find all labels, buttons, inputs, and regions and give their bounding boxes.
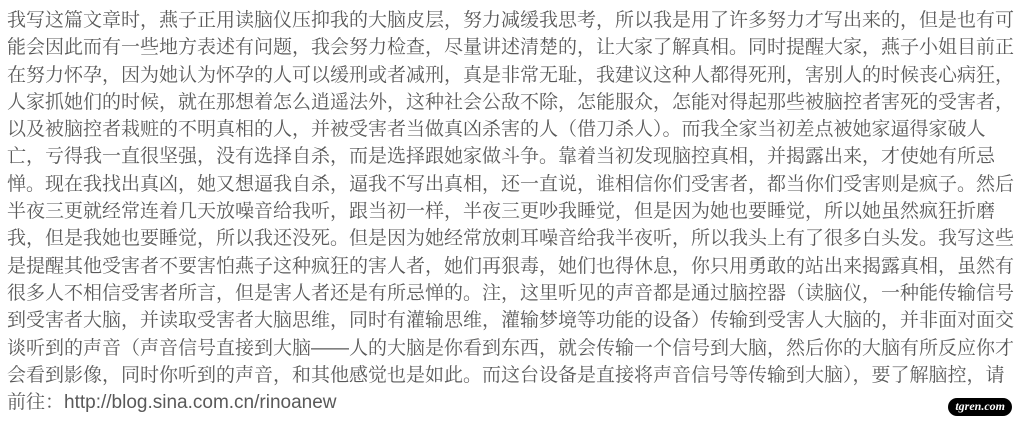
watermark-badge: tgren.com xyxy=(948,398,1012,416)
footer-link-prefix: 前往： xyxy=(7,392,64,413)
text-line: 能会因此而有一些地方表述有问题，我会努力检查，尽量讲述清楚的，让大家了解真相。同… xyxy=(7,34,1011,61)
footer-link-line: 前往：http://blog.sina.com.cn/rinoanew xyxy=(7,389,1011,416)
text-line: 我写这篇文章时，燕子正用读脑仪压抑我的大脑皮层，努力减缓我思考，所以我是用了许多… xyxy=(7,7,1011,34)
page-background: { "page": { "background": "#ffffff", "te… xyxy=(0,0,1015,425)
text-line: 会看到影像，同时你听到的声音，和其他感觉也是如此。而这台设备是直接将声音信号等传… xyxy=(7,362,1011,389)
text-line: 到受害者大脑，并读取受害者大脑思维，同时有灌输思维，灌输梦境等功能的设备）传输到… xyxy=(7,307,1011,334)
text-line: 惮。现在我找出真凶，她又想逼我自杀，逼我不写出真相，还一直说，谁相信你们受害者，… xyxy=(7,171,1011,198)
article-text: 我写这篇文章时，燕子正用读脑仪压抑我的大脑皮层，努力减缓我思考，所以我是用了许多… xyxy=(7,7,1011,416)
text-line: 谈听到的声音（声音信号直接到大脑——人的大脑是你看到东西，就会传输一个信号到大脑… xyxy=(7,335,1011,362)
blog-url[interactable]: http://blog.sina.com.cn/rinoanew xyxy=(64,392,337,413)
text-line: 亡，亏得我一直很坚强，没有选择自杀，而是选择跟她家做斗争。靠着当初发现脑控真相，… xyxy=(7,143,1011,170)
text-line: 我，但是我她也要睡觉，所以我还没死。但是因为她经常放刺耳噪音给我半夜听，所以我头… xyxy=(7,225,1011,252)
text-line: 很多人不相信受害者所言，但是害人者还是有所忌惮的。注，这里听见的声音都是通过脑控… xyxy=(7,280,1011,307)
text-line: 人家抓她们的时候，就在那想着怎么逍遥法外，这种社会公敌不除，怎能服众，怎能对得起… xyxy=(7,89,1011,116)
text-line: 以及被脑控者栽赃的不明真相的人，并被受害者当做真凶杀害的人（借刀杀人）。而我全家… xyxy=(7,116,1011,143)
text-line: 在努力怀孕，因为她认为怀孕的人可以缓刑或者减刑，真是非常无耻，我建议这种人都得死… xyxy=(7,62,1011,89)
article-lines: 我写这篇文章时，燕子正用读脑仪压抑我的大脑皮层，努力减缓我思考，所以我是用了许多… xyxy=(7,7,1011,389)
text-line: 半夜三更就经常连着几天放噪音给我听，跟当初一样，半夜三更吵我睡觉，但是因为她也要… xyxy=(7,198,1011,225)
text-line: 是提醒其他受害者不要害怕燕子这种疯狂的害人者，她们再狠毒，她们也得休息，你只用勇… xyxy=(7,253,1011,280)
